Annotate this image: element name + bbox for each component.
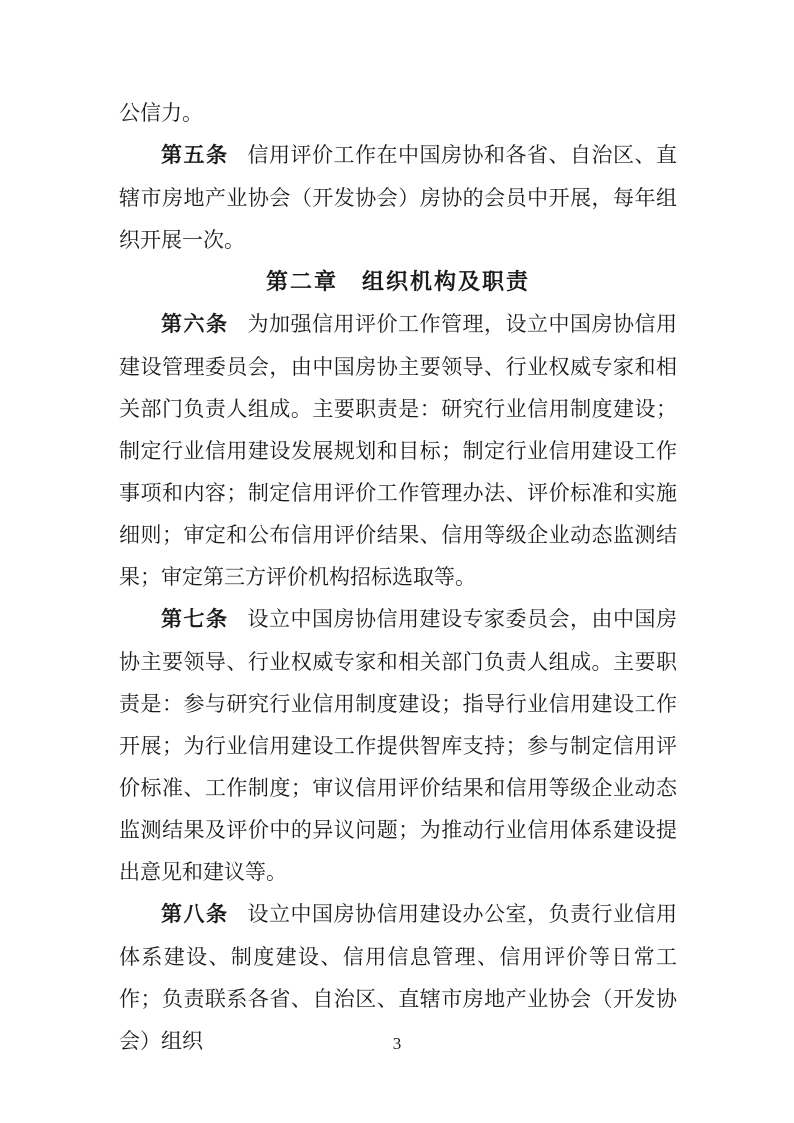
document-body: 公信力。 第五条信用评价工作在中国房协和各省、自治区、直辖市房地产业协会（开发协… [119, 92, 677, 1062]
article-5-label: 第五条 [161, 144, 248, 167]
article-6-text: 为加强信用评价工作管理，设立中国房协信用建设管理委员会，由中国房协主要领导、行业… [119, 312, 677, 589]
continuation-text: 公信力。 [119, 101, 203, 125]
paragraph-article-5: 第五条信用评价工作在中国房协和各省、自治区、直辖市房地产业协会（开发协会）房协的… [119, 134, 677, 261]
article-8-label: 第八条 [161, 903, 248, 926]
article-6-label: 第六条 [161, 313, 248, 336]
chapter-2-heading: 第二章 组织机构及职责 [119, 261, 677, 303]
article-7-label: 第七条 [161, 608, 248, 631]
document-page: 公信力。 第五条信用评价工作在中国房协和各省、自治区、直辖市房地产业协会（开发协… [0, 0, 794, 1123]
paragraph-continuation: 公信力。 [119, 92, 677, 134]
chapter-2-title: 第二章 组织机构及职责 [266, 269, 530, 294]
paragraph-article-6: 第六条为加强信用评价工作管理，设立中国房协信用建设管理委员会，由中国房协主要领导… [119, 303, 677, 598]
paragraph-article-7: 第七条设立中国房协信用建设专家委员会，由中国房协主要领导、行业权威专家和相关部门… [119, 598, 677, 893]
article-7-text: 设立中国房协信用建设专家委员会，由中国房协主要领导、行业权威专家和相关部门负责人… [119, 607, 677, 884]
page-number: 3 [0, 1032, 794, 1056]
